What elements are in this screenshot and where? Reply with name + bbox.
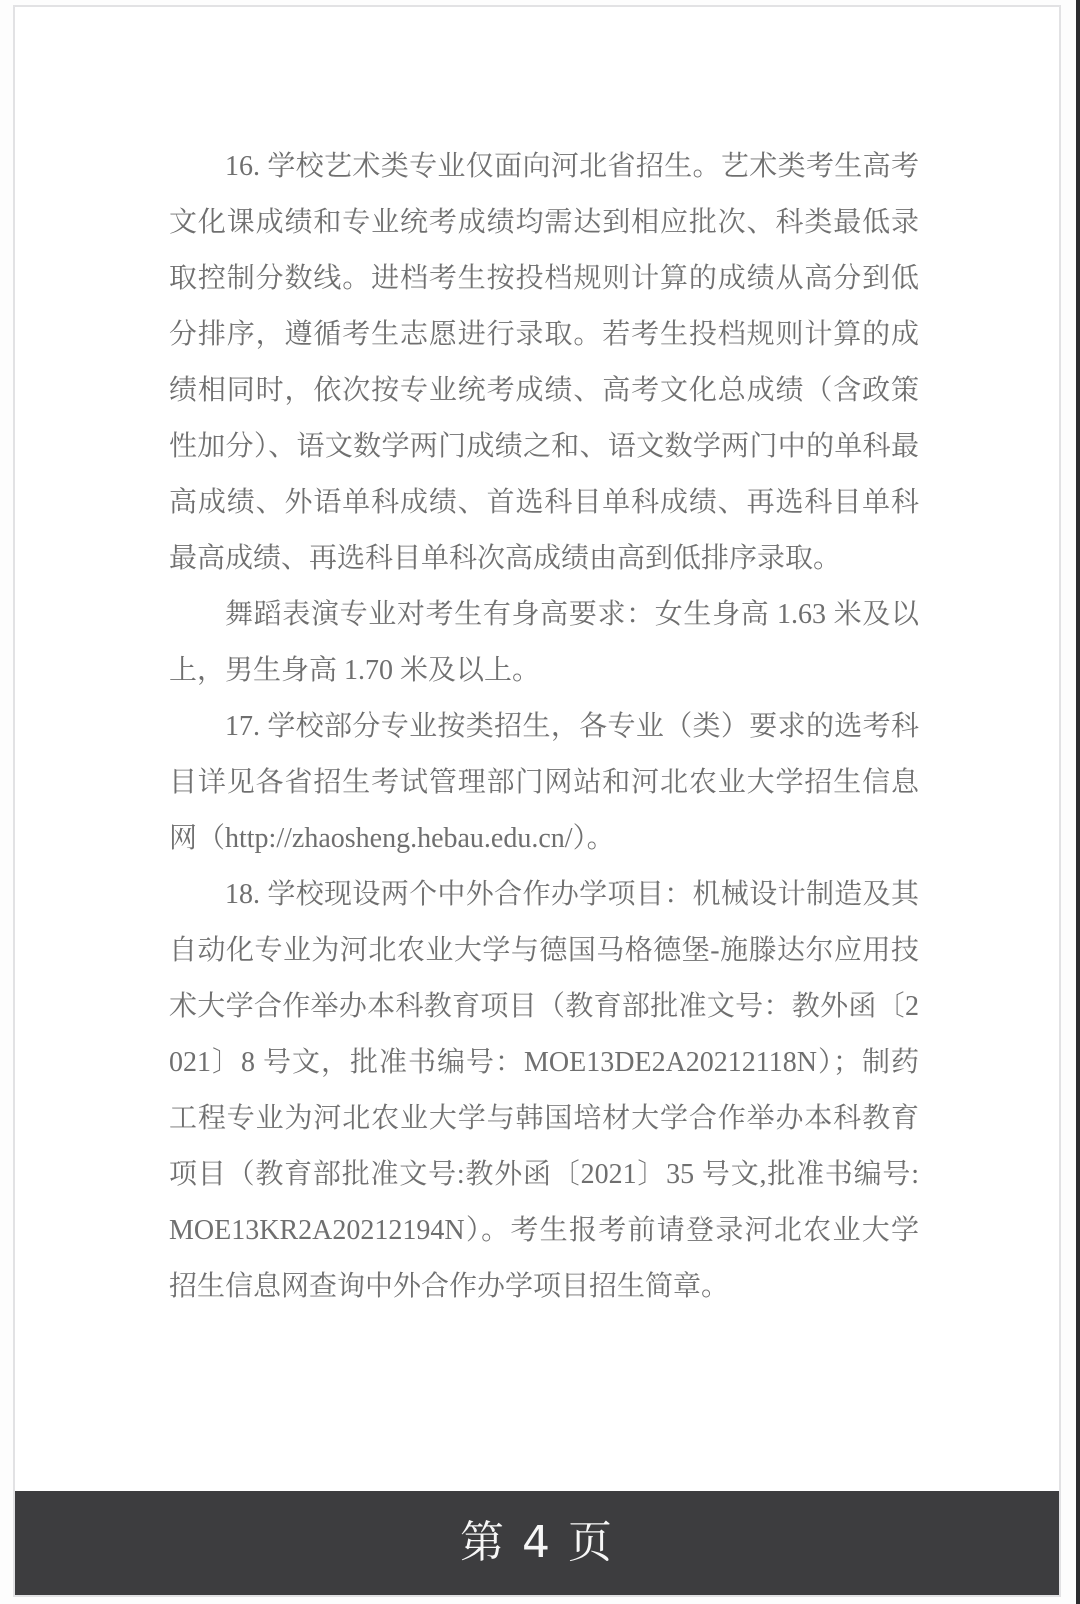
window-right-edge bbox=[1076, 0, 1080, 1604]
page-footer-band: 第 4 页 bbox=[15, 1491, 1059, 1595]
paragraph-dance-height-requirement: 舞蹈表演专业对考生有身高要求：女生身高 1.63 米及以上，男生身高 1.70 … bbox=[169, 587, 919, 699]
page-number-label: 第 4 页 bbox=[460, 1521, 614, 1565]
document-page: 16. 学校艺术类专业仅面向河北省招生。艺术类考生高考文化课成绩和专业统考成绩均… bbox=[13, 5, 1061, 1597]
paragraph-item-16-art-majors: 16. 学校艺术类专业仅面向河北省招生。艺术类考生高考文化课成绩和专业统考成绩均… bbox=[169, 139, 919, 587]
paragraph-item-18-joint-programs: 18. 学校现设两个中外合作办学项目：机械设计制造及其自动化专业为河北农业大学与… bbox=[169, 867, 919, 1315]
document-body: 16. 学校艺术类专业仅面向河北省招生。艺术类考生高考文化课成绩和专业统考成绩均… bbox=[15, 7, 1059, 1315]
document-viewer: 16. 学校艺术类专业仅面向河北省招生。艺术类考生高考文化课成绩和专业统考成绩均… bbox=[0, 0, 1080, 1604]
paragraph-item-17-subject-requirements: 17. 学校部分专业按类招生，各专业（类）要求的选考科目详见各省招生考试管理部门… bbox=[169, 699, 919, 867]
